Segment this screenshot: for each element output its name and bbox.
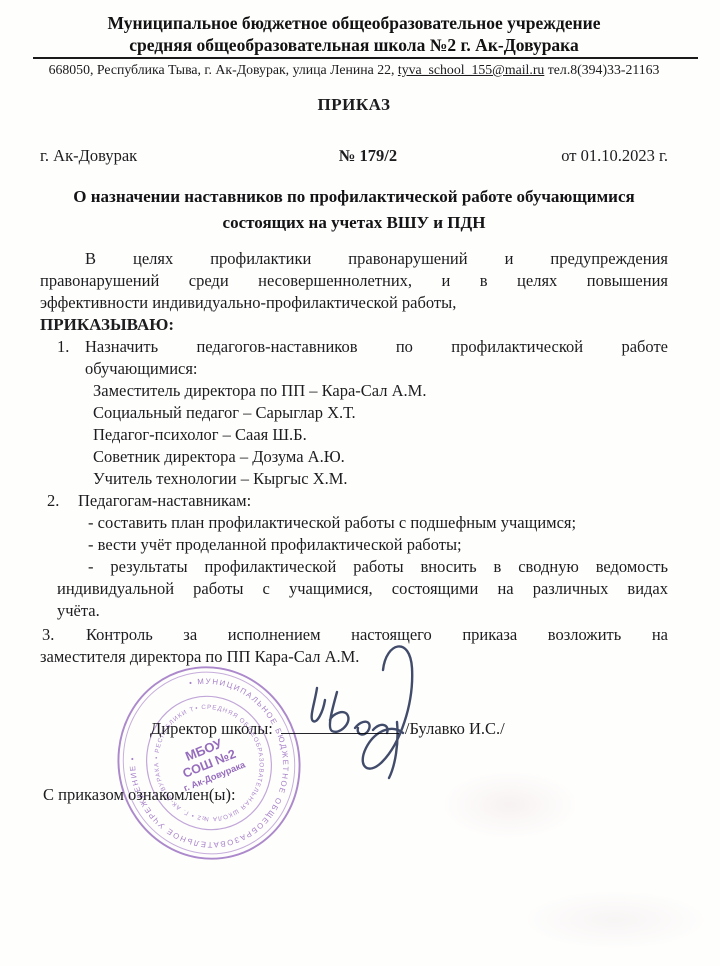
svg-text:• МУНИЦИПАЛЬНОЕ БЮДЖЕТНОЕ ОБЩЕ: • МУНИЦИПАЛЬНОЕ БЮДЖЕТНОЕ ОБЩЕОБРАЗОВАТЕ… bbox=[112, 660, 306, 866]
signature-name: /Булавко И.С./ bbox=[405, 719, 505, 738]
order-item-2: 2. Педагогам-наставникам: bbox=[40, 490, 668, 512]
acknowledgement-line: С приказом ознакомлен(ы): bbox=[43, 784, 668, 806]
org-name-line1: Муниципальное бюджетное общеобразователь… bbox=[40, 12, 668, 34]
scanned-order-document: Муниципальное бюджетное общеобразователь… bbox=[0, 0, 720, 966]
preamble-line3: эффективности индивидуально-профилактиче… bbox=[40, 292, 668, 314]
stamp-mid-ring bbox=[133, 683, 286, 843]
item2-title: Педагогам-наставникам: bbox=[78, 490, 668, 512]
official-stamp: • МУНИЦИПАЛЬНОЕ БЮДЖЕТНОЕ ОБЩЕОБРАЗОВАТЕ… bbox=[112, 660, 306, 866]
preamble-paragraph: В целях профилактики правонарушений и пр… bbox=[40, 248, 668, 314]
meta-number: № 179/2 bbox=[339, 145, 397, 167]
item3-line2: заместителя директора по ПП Кара-Сал А.М… bbox=[40, 646, 668, 668]
item2-task3: - результаты профилактической работы вно… bbox=[40, 556, 668, 622]
signature-row: Директор школы:/Булавко И.С./ bbox=[150, 716, 668, 741]
mentor-item: Учитель технологии – Кыргыс Х.М. bbox=[93, 468, 668, 490]
preamble-line2: правонарушений среди несовершеннолетних,… bbox=[40, 270, 668, 292]
letterhead-divider bbox=[33, 57, 698, 59]
item2-task3-line3: учёта. bbox=[57, 600, 668, 622]
item3-number: 3. bbox=[42, 624, 54, 646]
meta-date: от 01.10.2023 г. bbox=[383, 145, 668, 167]
svg-text:• СРЕДНЯЯ ОБЩЕОБРАЗОВАТЕЛЬНАЯ: • СРЕДНЯЯ ОБЩЕОБРАЗОВАТЕЛЬНАЯ ШКОЛА №2 •… bbox=[112, 660, 277, 845]
item3-line1: Контроль за исполнением настоящего прика… bbox=[40, 624, 668, 646]
mentor-item: Заместитель директора по ПП – Кара-Сал А… bbox=[93, 380, 668, 402]
subject-line2: состоящих на учетах ВШУ и ПДН bbox=[40, 210, 668, 236]
document-type-title: ПРИКАЗ bbox=[40, 94, 668, 116]
scan-smudge bbox=[520, 890, 710, 950]
mentor-item: Педагог-психолог – Саая Ш.Б. bbox=[93, 424, 668, 446]
phone-text: тел.8(394)33-21163 bbox=[544, 62, 659, 77]
order-item-1: 1. Назначить педагогов-наставников по пр… bbox=[40, 336, 668, 380]
stamp-ring-text-inner: • СРЕДНЯЯ ОБЩЕОБРАЗОВАТЕЛЬНАЯ ШКОЛА №2 •… bbox=[112, 660, 277, 845]
item2-task3-line2: индивидуальной работы с учащимися, состо… bbox=[57, 578, 668, 600]
item2-task3-line1: - результаты профилактической работы вно… bbox=[88, 556, 668, 578]
stamp-outer-ring bbox=[112, 660, 306, 866]
contact-line: 668050, Республика Тыва, г. Ак-Довурак, … bbox=[40, 61, 668, 78]
item2-number: 2. bbox=[47, 490, 59, 512]
preamble-line1: В целях профилактики правонарушений и пр… bbox=[40, 248, 668, 270]
address-text: 668050, Республика Тыва, г. Ак-Довурак, … bbox=[49, 62, 398, 77]
subject-heading: О назначении наставников по профилактиче… bbox=[40, 184, 668, 236]
mentor-list: Заместитель директора по ПП – Кара-Сал А… bbox=[93, 380, 668, 490]
item1-number: 1. bbox=[57, 336, 69, 358]
stamp-ring-text-outer: • МУНИЦИПАЛЬНОЕ БЮДЖЕТНОЕ ОБЩЕОБРАЗОВАТЕ… bbox=[112, 660, 306, 866]
item2-task2: - вести учёт проделанной профилактическо… bbox=[88, 534, 668, 556]
mentor-item: Социальный педагог – Сарыглар Х.Т. bbox=[93, 402, 668, 424]
item2-task1: - составить план профилактической работы… bbox=[88, 512, 668, 534]
item1-line1: Назначить педагогов-наставников по профи… bbox=[85, 336, 668, 358]
meta-row: г. Ак-Довурак № 179/2 от 01.10.2023 г. bbox=[40, 145, 668, 167]
signature-label: Директор школы: bbox=[150, 719, 273, 738]
stamp-center-line2: СОШ №2 bbox=[181, 747, 238, 781]
meta-place: г. Ак-Довурак bbox=[40, 145, 325, 167]
order-word: ПРИКАЗЫВАЮ: bbox=[40, 314, 668, 336]
order-item-3: 3. Контроль за исполнением настоящего пр… bbox=[40, 624, 668, 668]
email-text: tyva_school_155@mail.ru bbox=[398, 62, 544, 77]
stamp-outer-ring2 bbox=[112, 660, 306, 866]
subject-line1: О назначении наставников по профилактиче… bbox=[40, 184, 668, 210]
signature-line bbox=[281, 719, 399, 734]
org-name-line2: средняя общеобразовательная школа №2 г. … bbox=[40, 34, 668, 56]
mentor-item: Советник директора – Дозума А.Ю. bbox=[93, 446, 668, 468]
item1-line2: обучающимися: bbox=[85, 358, 668, 380]
